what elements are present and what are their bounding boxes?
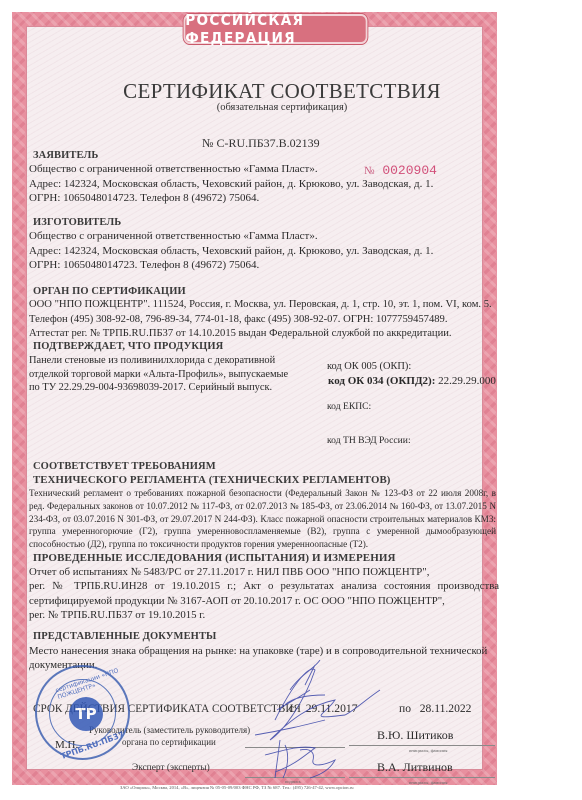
certification-body-phones: Телефон (495) 308-92-08, 796-89-34, 774-…: [29, 313, 492, 328]
product-line: Панели стеновые из поливинилхлорида с де…: [29, 354, 288, 368]
certification-body-header: ОРГАН ПО СЕРТИФИКАЦИИ: [33, 286, 186, 297]
applicant-name: Общество с ограниченной ответственностью…: [29, 162, 433, 177]
manufacturer-block: Общество с ограниченной ответственностью…: [29, 229, 433, 273]
head-name-caption: инициалы, фамилия: [409, 748, 448, 753]
documents-line: Место нанесения знака обращения на рынке…: [29, 644, 487, 658]
applicant-ogrn: ОГРН: 1065048014723. Телефон 8 (49672) 7…: [29, 191, 433, 206]
certification-body-accreditation: Аттестат рег. № ТРПБ.RU.ПБ37 от 14.10.20…: [29, 327, 492, 342]
product-header: ПОДТВЕРЖДАЕТ, ЧТО ПРОДУКЦИЯ: [33, 341, 223, 352]
handwritten-signatures: [215, 660, 385, 780]
okpd2-code-value: 22.29.29.000: [435, 375, 496, 387]
manufacturer-header: ИЗГОТОВИТЕЛЬ: [33, 217, 121, 228]
applicant-address: Адрес: 142324, Московская область, Чехов…: [29, 177, 433, 192]
tests-header: ПРОВЕДЕННЫЕ ИССЛЕДОВАНИЯ (ИСПЫТАНИЯ) И И…: [33, 552, 396, 564]
manufacturer-ogrn: ОГРН: 1065048014723. Телефон 8 (49672) 7…: [29, 258, 433, 273]
expert-label: Эксперт (эксперты): [132, 763, 210, 773]
test-report-line: сертифицируемой продукции № 3167-АОП от …: [29, 594, 499, 608]
certification-body-name: ООО "НПО ПОЖЦЕНТР". 111524, Россия, г. М…: [29, 298, 492, 313]
certificate-paper: СЕРТИФИКАТ СООТВЕТСТВИЯ (обязательная се…: [26, 26, 483, 770]
test-report-line: рег. № ТРПБ.RU.ПБ37 от 19.10.2015 г.: [29, 608, 499, 622]
regulations-header: ТЕХНИЧЕСКОГО РЕГЛАМЕНТА (ТЕХНИЧЕСКИХ РЕГ…: [33, 474, 390, 486]
okp-code-label: код ОК 005 (ОКП):: [327, 361, 411, 372]
regulations-text: Технический регламент о требованиях пожа…: [29, 487, 496, 551]
product-line: отделкой торговой марки «Альта-Профиль»,…: [29, 368, 288, 382]
certificate-title: СЕРТИФИКАТ СООТВЕТСТВИЯ: [27, 79, 537, 104]
okpd2-code-label: код ОК 034 (ОКПД2):: [328, 375, 435, 387]
tests-block: Отчет об испытаниях № 5483/РС от 27.11.2…: [29, 565, 499, 623]
stamp-logo-icon: ТР: [69, 697, 103, 731]
validity-to-prefix: по: [399, 702, 411, 715]
documents-header: ПРЕДСТАВЛЕННЫЕ ДОКУМЕНТЫ: [33, 631, 216, 642]
product-line: по ТУ 22.29.29-004-93698039-2017. Серийн…: [29, 381, 288, 395]
manufacturer-address: Адрес: 142324, Московская область, Чехов…: [29, 244, 433, 259]
okpd2-code: код ОК 034 (ОКПД2): 22.29.29.000: [328, 375, 496, 387]
certification-body-stamp: сертификации «НПО ПОЖЦЕНТР» ТР ТРПБ.RU.П…: [35, 665, 130, 760]
test-report-line: Отчет об испытаниях № 5483/РС от 27.11.2…: [29, 565, 499, 579]
ekps-code-label: код ЕКПС:: [327, 401, 371, 412]
certification-body-block: ООО "НПО ПОЖЦЕНТР". 111524, Россия, г. М…: [29, 298, 492, 342]
printer-footer: ЗАО «Опцион», Москва, 2014, «В», лицензи…: [120, 785, 354, 790]
test-report-line: рег. № ТРПБ.RU.ИН28 от 19.10.2015 г.; Ак…: [29, 579, 499, 593]
tnved-code-label: код ТН ВЭД России:: [327, 435, 411, 446]
applicant-block: Общество с ограниченной ответственностью…: [29, 162, 433, 206]
head-signatory-label-2: органа по сертификации: [122, 737, 216, 747]
certificate-subtitle: (обязательная сертификация): [27, 102, 537, 113]
head-signatory-name: В.Ю. Шитиков: [377, 728, 453, 743]
applicant-header: ЗАЯВИТЕЛЬ: [33, 150, 98, 161]
validity-to-date: 28.11.2022: [420, 702, 472, 715]
country-banner: РОССИЙСКАЯ ФЕДЕРАЦИЯ: [184, 14, 368, 44]
product-description: Панели стеновые из поливинилхлорида с де…: [29, 354, 288, 395]
expert-name-caption: инициалы, фамилия: [409, 780, 448, 785]
expert-name: В.А. Литвинов: [377, 760, 453, 775]
certificate-number: № C-RU.ПБ37.В.02139: [202, 136, 320, 151]
requirements-header: СООТВЕТСТВУЕТ ТРЕБОВАНИЯМ: [33, 461, 216, 472]
manufacturer-name: Общество с ограниченной ответственностью…: [29, 229, 433, 244]
validity-to: по 28.11.2022: [399, 702, 471, 715]
